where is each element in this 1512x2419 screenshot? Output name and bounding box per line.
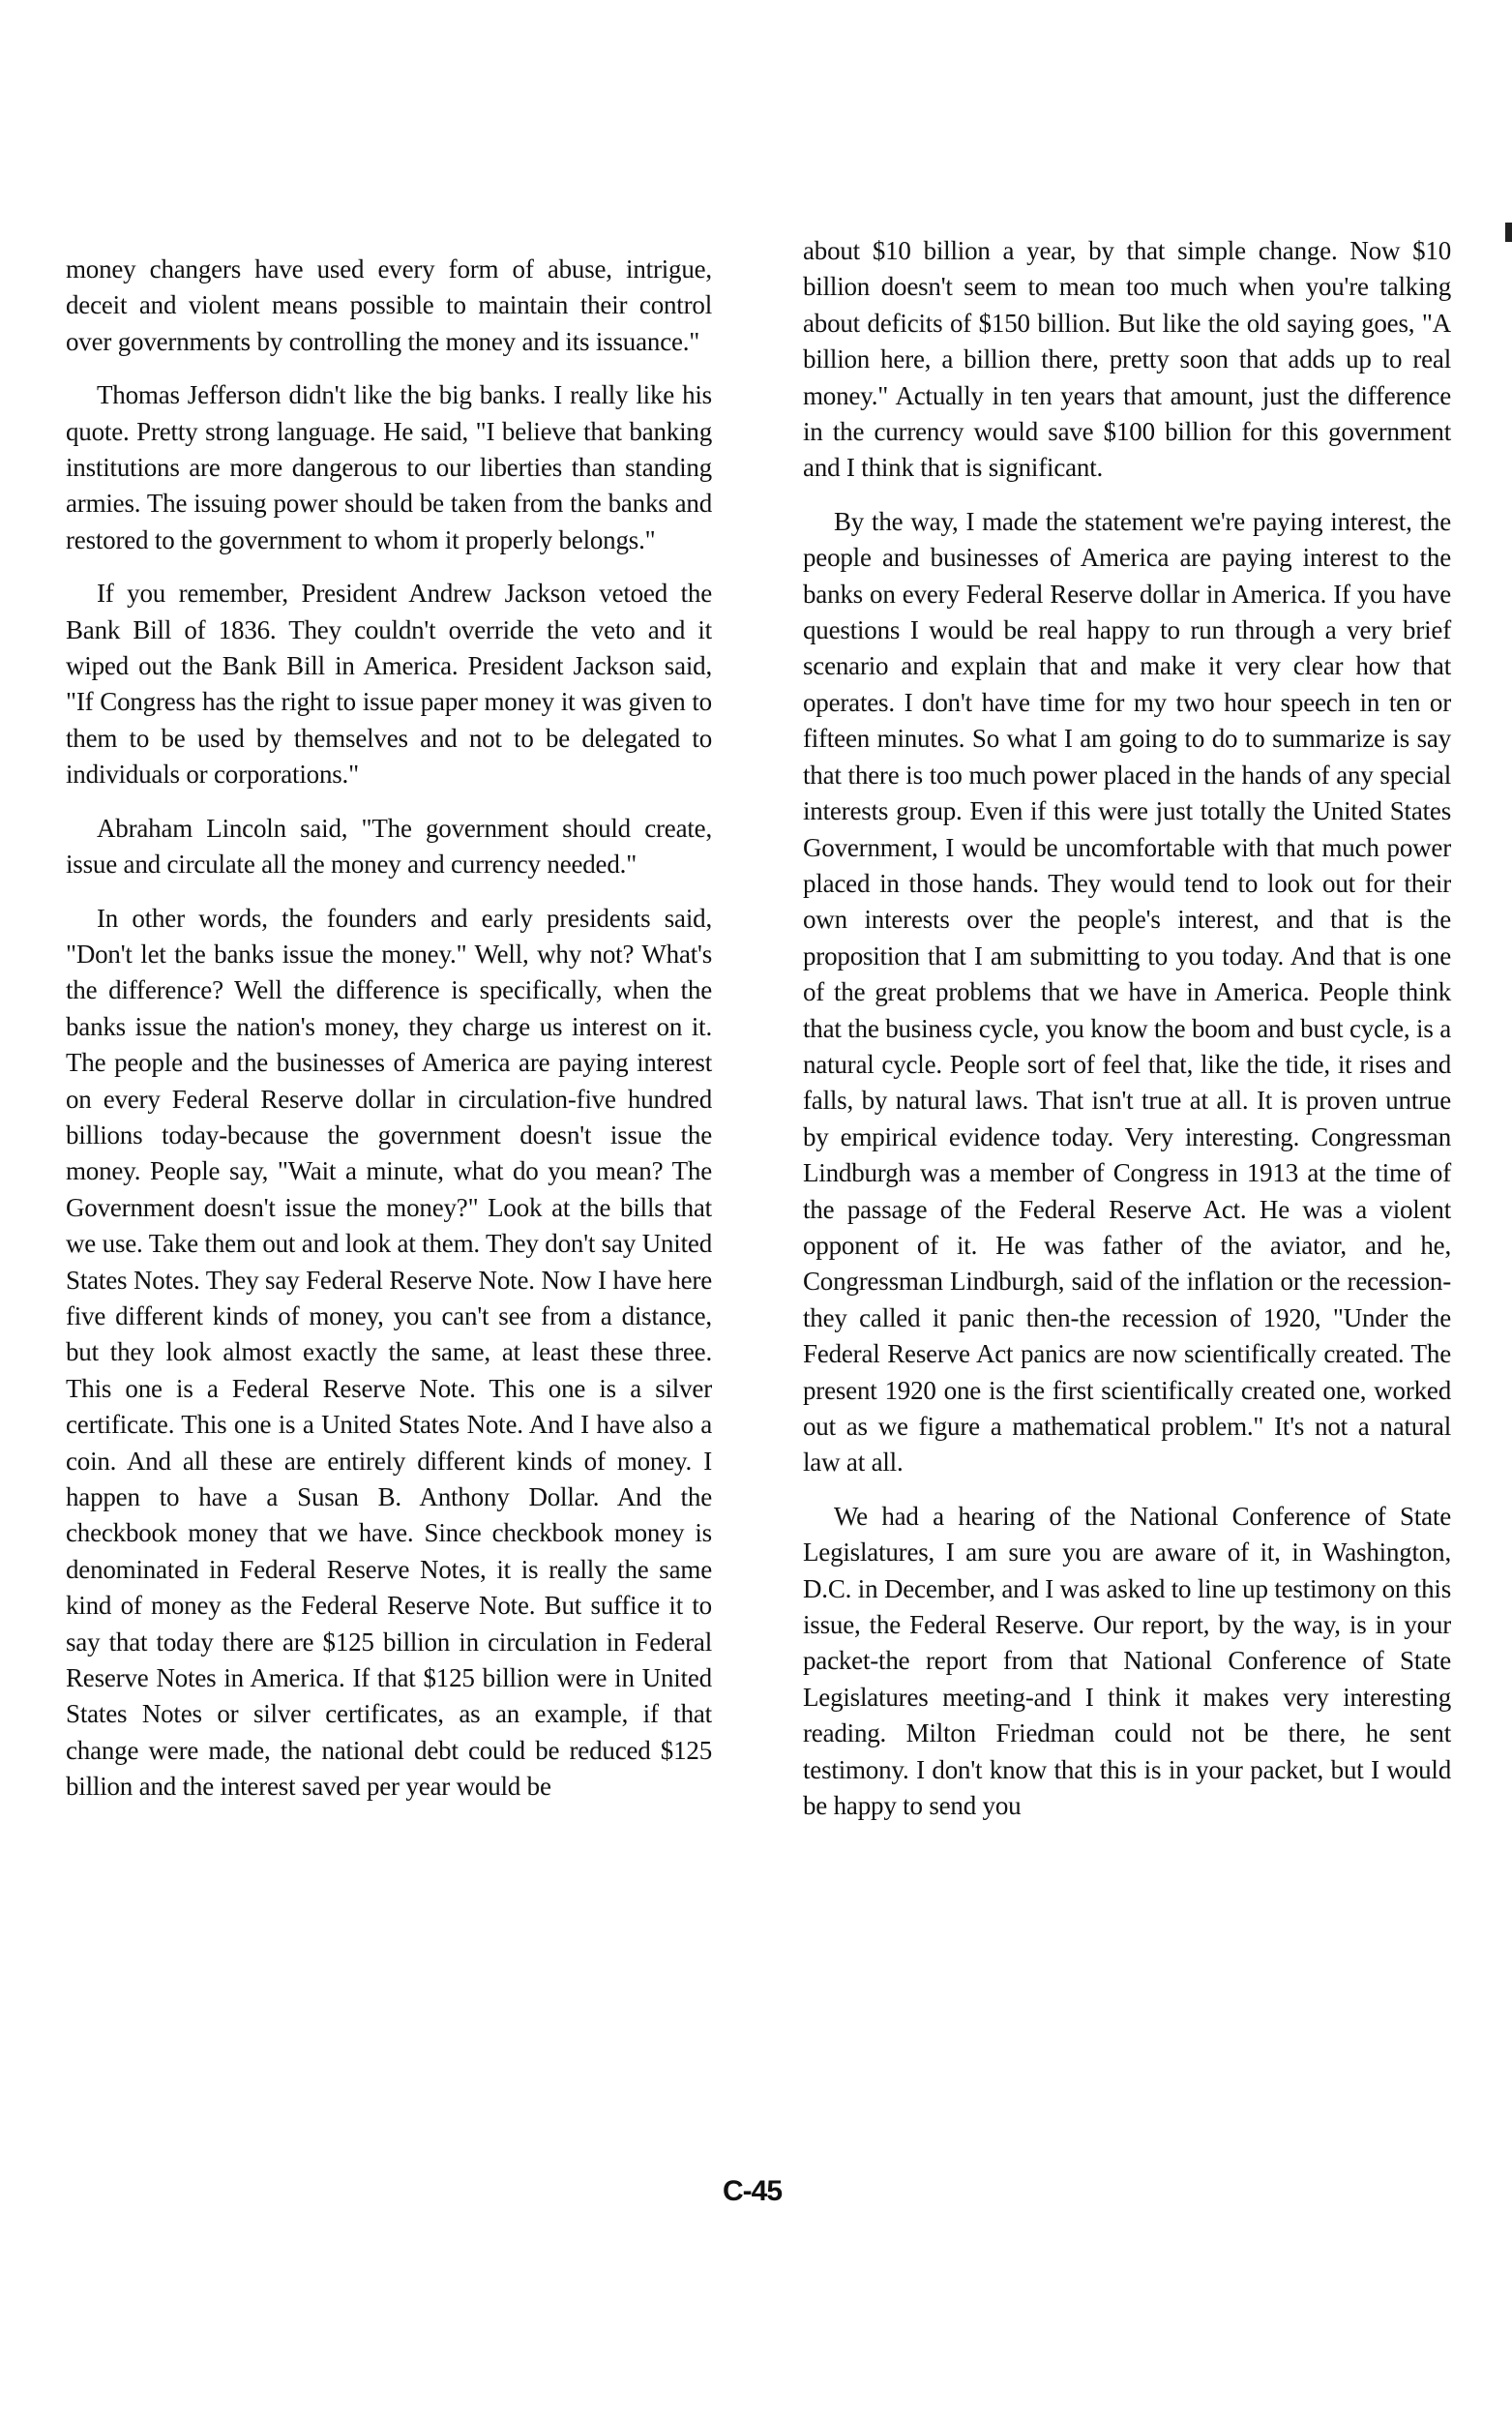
paragraph-hearing: We had a hearing of the National Confere… [803,1499,1451,1825]
paragraph-jefferson: Thomas Jefferson didn't like the big ban… [66,377,712,558]
paragraph-founders: In other words, the founders and early p… [66,901,712,1806]
paragraph-ten-billion: about $10 billion a year, by that simple… [803,233,1451,487]
page-number: C-45 [723,2175,782,2208]
scan-edge-mark [1505,223,1512,242]
right-text-column: about $10 billion a year, by that simple… [803,233,1451,1841]
paragraph-by-the-way: By the way, I made the statement we're p… [803,504,1451,1481]
left-text-column: money changers have used every form of a… [66,252,712,1823]
paragraph-jackson: If you remember, President Andrew Jackso… [66,576,712,792]
paragraph-continued-quote: money changers have used every form of a… [66,252,712,360]
paragraph-lincoln: Abraham Lincoln said, "The government sh… [66,811,712,883]
document-page: money changers have used every form of a… [0,0,1512,2419]
